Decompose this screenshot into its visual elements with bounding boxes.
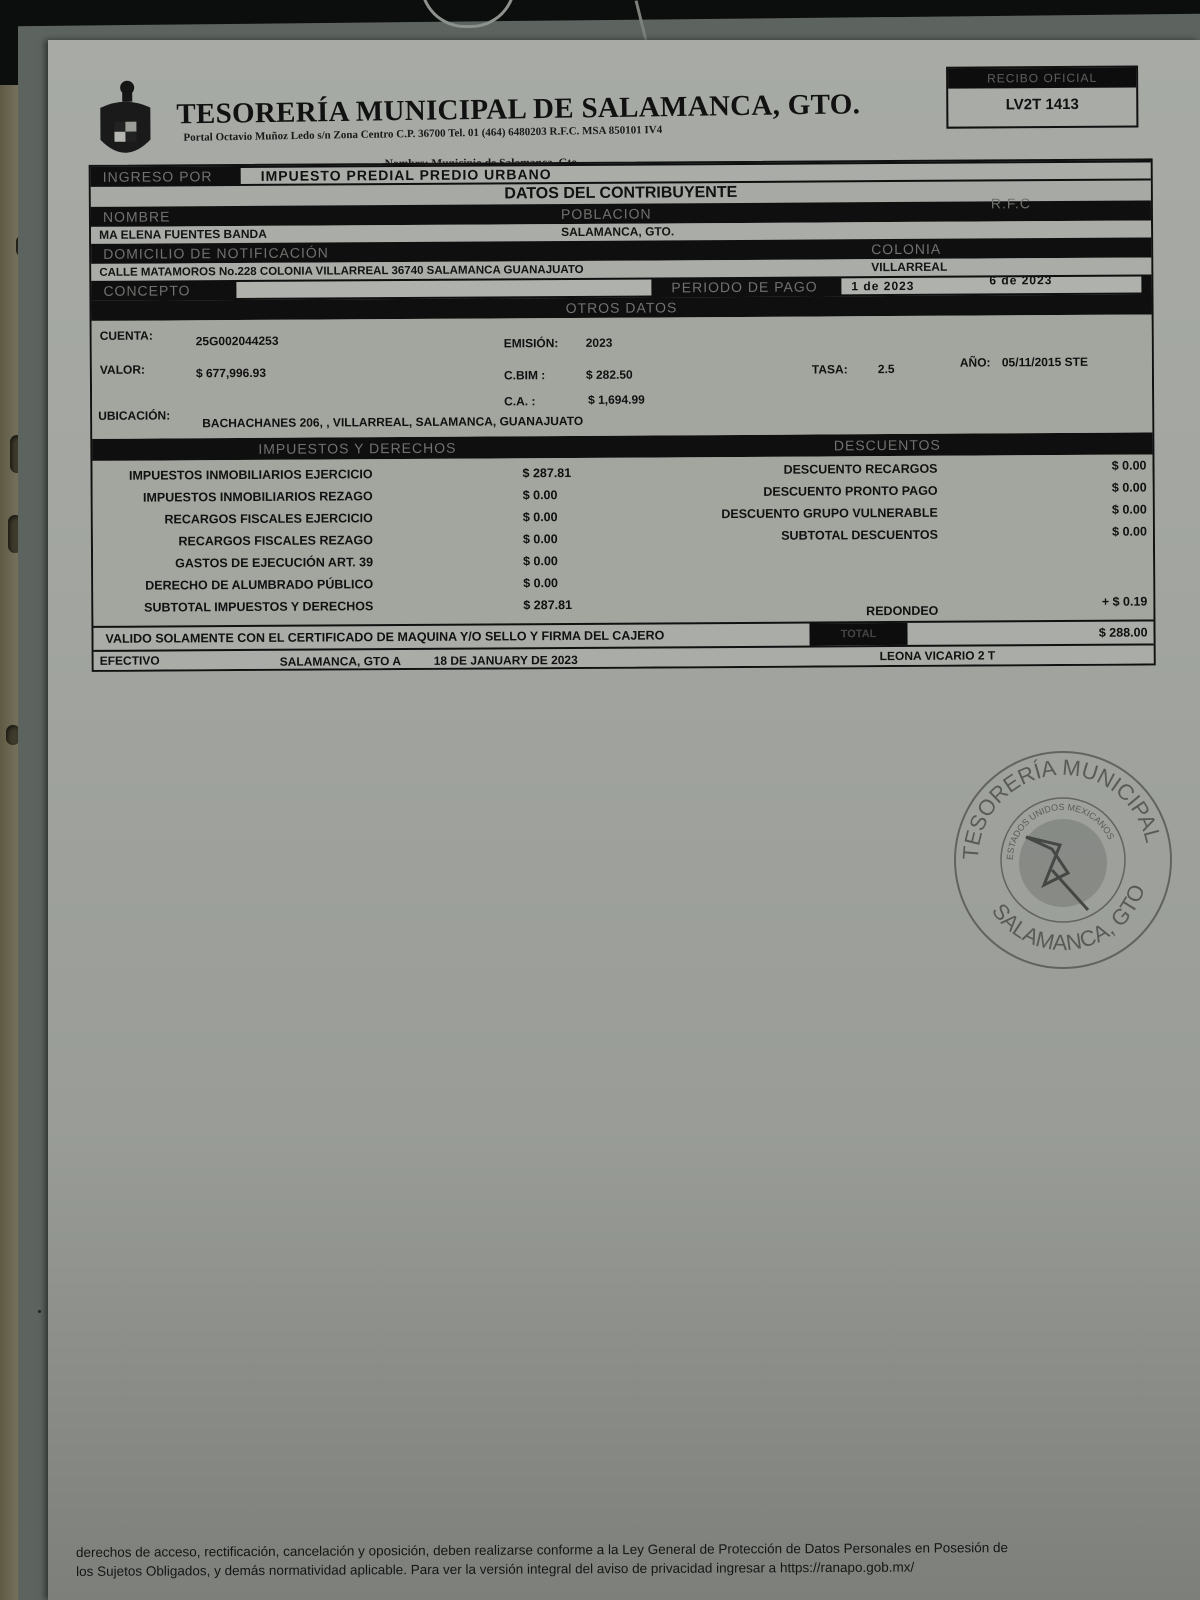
cuenta-value: 25G002044253 xyxy=(196,334,279,349)
ubicacion-value: BACHACHANES 206, , VILLARREAL, SALAMANCA… xyxy=(202,414,583,430)
payment-date: 18 DE JANUARY DE 2023 xyxy=(434,651,578,670)
validity-note: VALIDO SOLAMENTE CON EL CERTIFICADO DE M… xyxy=(105,628,664,645)
domicilio-value: CALLE MATAMOROS No.228 COLONIA VILLARREA… xyxy=(99,264,583,279)
impuesto-value: $ 0.00 xyxy=(523,488,558,502)
descuentos-heading: DESCUENTOS xyxy=(622,432,1152,457)
rfc-label: R.F.C xyxy=(991,193,1031,213)
impuesto-label: RECARGOS FISCALES REZAGO xyxy=(178,533,373,548)
impuesto-label: RECARGOS FISCALES EJERCICIO xyxy=(164,511,372,526)
descuento-value: $ 0.00 xyxy=(1112,502,1147,516)
ingreso-label: INGRESO POR xyxy=(103,168,213,185)
impuesto-value: $ 0.00 xyxy=(523,510,558,524)
emision-label: EMISIÓN: xyxy=(504,336,559,350)
total-label: TOTAL xyxy=(809,623,907,646)
receipt-number: LV2T 1413 xyxy=(948,88,1136,123)
impuesto-value: $ 287.81 xyxy=(522,466,571,480)
receipt-number-box: RECIBO OFICIAL LV2T 1413 xyxy=(946,66,1138,129)
periodo-desde: 1 de 2023 xyxy=(851,278,914,294)
impuesto-label: SUBTOTAL IMPUESTOS Y DERECHOS xyxy=(144,599,373,614)
valor-label: VALOR: xyxy=(100,363,145,377)
impuesto-value: $ 0.00 xyxy=(523,532,558,546)
descuento-value: $ 0.00 xyxy=(1112,480,1147,494)
colonia-value: VILLARREAL xyxy=(871,259,947,276)
nombre-label: NOMBRE xyxy=(103,208,171,224)
descuento-label: DESCUENTO GRUPO VULNERABLE xyxy=(721,506,938,521)
impuesto-label: IMPUESTOS INMOBILIARIOS REZAGO xyxy=(143,489,373,504)
tax-breakdown: REDONDEO + $ 0.19 IMPUESTOS INMOBILIARIO… xyxy=(92,454,1153,625)
cuenta-label: CUENTA: xyxy=(100,329,153,343)
poblacion-value: SALAMANCA, GTO. xyxy=(561,223,674,241)
coat-of-arms-icon xyxy=(94,78,157,168)
redondeo-value: + $ 0.19 xyxy=(1102,594,1148,608)
impuestos-heading: IMPUESTOS Y DERECHOS xyxy=(92,436,622,461)
impuesto-label: GASTOS DE EJECUCIÓN ART. 39 xyxy=(175,555,373,570)
total-value: $ 288.00 xyxy=(1099,621,1148,643)
cashier: LEONA VICARIO 2 T xyxy=(880,646,996,665)
domicilio-label: DOMICILIO DE NOTIFICACIÓN xyxy=(103,244,329,261)
anio-label: AÑO: xyxy=(960,355,991,369)
poblacion-label: POBLACION xyxy=(561,203,652,224)
impuesto-label: IMPUESTOS INMOBILIARIOS EJERCICIO xyxy=(129,467,373,482)
impuesto-label: DERECHO DE ALUMBRADO PÚBLICO xyxy=(145,577,373,592)
valor-value: $ 677,996.93 xyxy=(196,366,266,380)
privacy-notice: derechos de acceso, rectificación, cance… xyxy=(76,1537,1200,1581)
receipt-label: RECIBO OFICIAL xyxy=(948,68,1136,89)
impuesto-value: $ 287.81 xyxy=(523,598,572,612)
otros-datos-section: CUENTA: 25G002044253 EMISIÓN: 2023 VALOR… xyxy=(92,314,1153,438)
descuento-value: $ 0.00 xyxy=(1112,524,1147,538)
descuento-label: DESCUENTO RECARGOS xyxy=(784,462,938,477)
receipt-form: INGRESO POR IMPUESTO PREDIAL PREDIO URBA… xyxy=(89,158,1156,671)
ingreso-value: IMPUESTO PREDIAL PREDIO URBANO xyxy=(241,162,1151,184)
periodo-label: PERIODO DE PAGO xyxy=(671,276,817,297)
anio-value: 05/11/2015 STE xyxy=(1002,355,1088,370)
payment-method: EFECTIVO xyxy=(100,652,160,670)
concepto-value xyxy=(236,280,651,299)
tasa-label: TASA: xyxy=(812,362,848,376)
periodo-hasta: 6 de 2023 xyxy=(989,272,1052,288)
impuesto-value: $ 0.00 xyxy=(523,554,558,568)
impuesto-value: $ 0.00 xyxy=(523,576,558,590)
ubicacion-label: UBICACIÓN: xyxy=(98,408,170,422)
cbim-label: C.BIM : xyxy=(504,368,545,382)
concepto-label: CONCEPTO xyxy=(103,282,190,299)
descuento-label: DESCUENTO PRONTO PAGO xyxy=(763,484,937,499)
colonia-label: COLONIA xyxy=(871,239,941,259)
speck xyxy=(38,1310,41,1313)
emision-value: 2023 xyxy=(586,336,613,350)
official-seal-icon: TESORERÍA MUNICIPAL SALAMANCA, GTO ESTAD… xyxy=(948,745,1178,975)
payment-place: SALAMANCA, GTO A xyxy=(280,652,401,671)
cbim-value: $ 282.50 xyxy=(586,368,633,382)
descuento-label: SUBTOTAL DESCUENTOS xyxy=(781,528,938,543)
redondeo-label: REDONDEO xyxy=(866,604,938,618)
nombre-value: MA ELENA FUENTES BANDA xyxy=(99,227,267,242)
ca-value: $ 1,694.99 xyxy=(588,393,645,407)
ca-label: C.A. : xyxy=(504,394,535,408)
tasa-value: 2.5 xyxy=(878,362,895,376)
descuento-value: $ 0.00 xyxy=(1112,458,1147,472)
periodo-values: 1 de 2023 6 de 2023 xyxy=(841,277,1141,295)
